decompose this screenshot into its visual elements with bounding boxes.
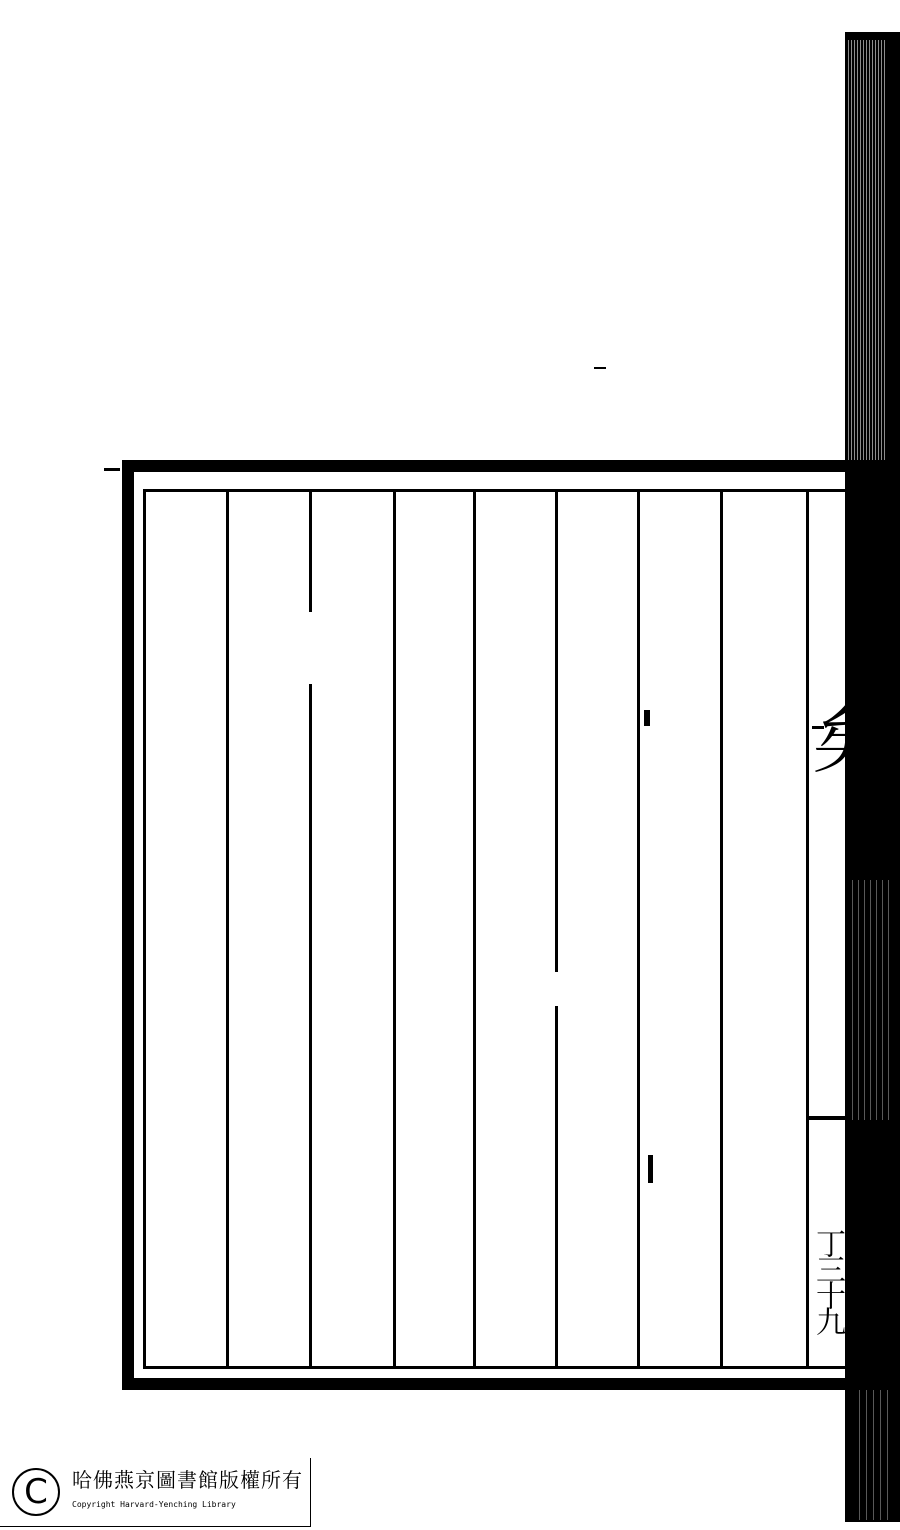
fishtail-divider [808, 1116, 848, 1120]
ink-speck [644, 710, 650, 726]
margin-partial-character: 矣 [812, 705, 846, 825]
ink-speck [104, 468, 120, 471]
ink-speck [648, 1155, 653, 1183]
scan-noise [846, 40, 886, 460]
column-rule [473, 492, 476, 1368]
column-rule [555, 492, 558, 1368]
copyright-stamp: C 哈佛燕京圖書館版權所有 Copyright Harvard-Yenching… [0, 1458, 311, 1527]
column-rule [637, 492, 640, 1368]
rule-gap [554, 972, 559, 1006]
column-rule [393, 492, 396, 1368]
rule-gap [308, 612, 313, 684]
page-inner-frame [143, 489, 845, 1369]
column-rule [226, 492, 229, 1368]
column-rule [720, 492, 723, 1368]
copyright-icon: C [12, 1468, 60, 1516]
ink-speck [812, 726, 824, 729]
page-number-label: 丁三十九 [812, 1228, 846, 1332]
ink-speck [594, 367, 606, 369]
stamp-chinese-text: 哈佛燕京圖書館版權所有 [72, 1464, 303, 1493]
scan-noise [850, 880, 890, 1120]
stamp-english-text: Copyright Harvard-Yenching Library [72, 1500, 236, 1509]
scan-noise [856, 1390, 892, 1520]
